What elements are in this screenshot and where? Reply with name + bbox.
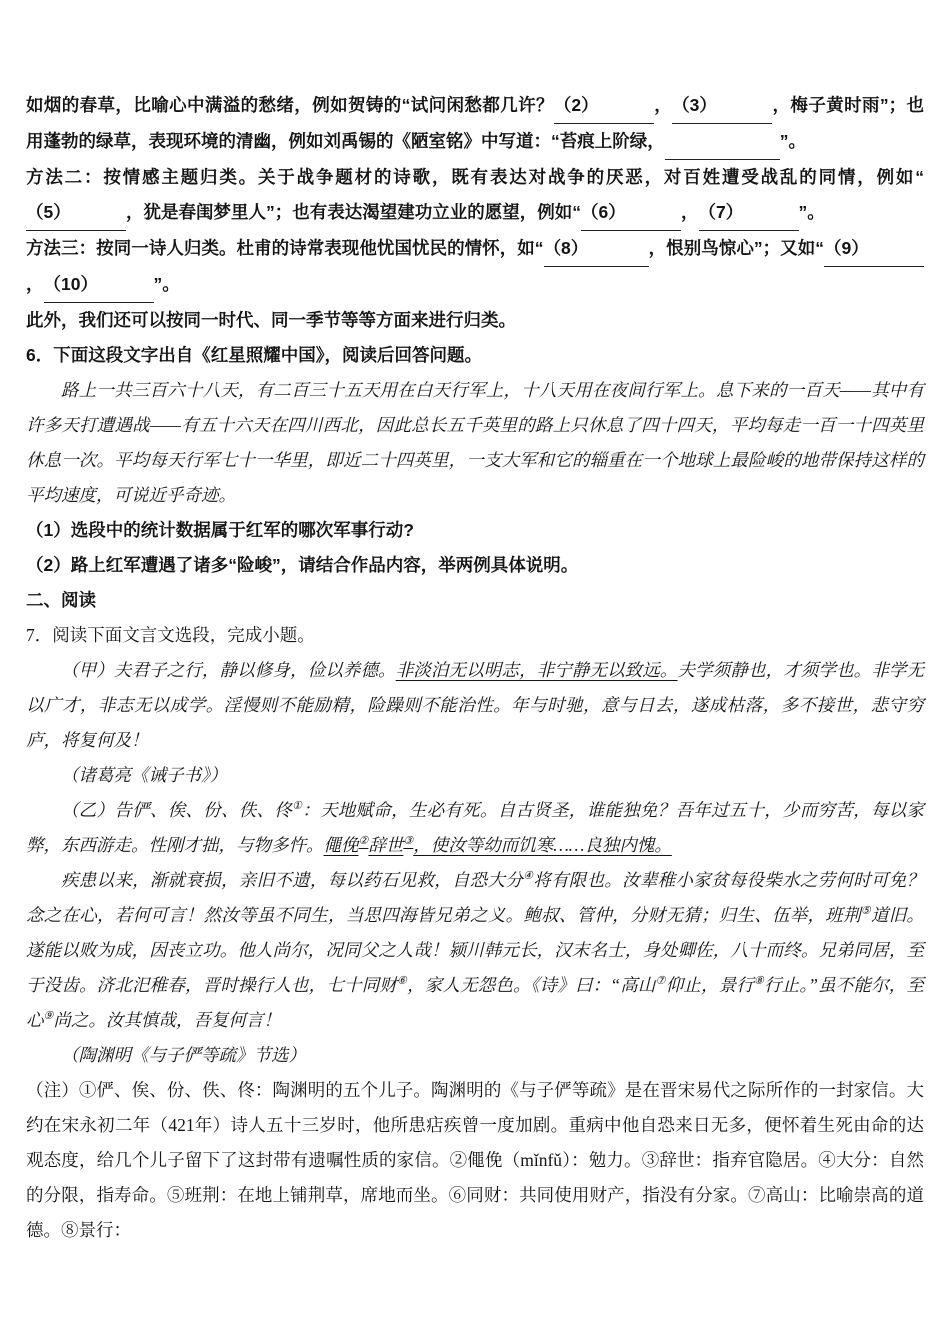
passage-jia: （甲）夫君子之行，静以修身，俭以养德。非淡泊无以明志，非宁静无以致远。夫学须静也… [26,653,924,758]
text-segment: 疾患以来，渐就衰损，亲旧不遗，每以药石见救，自恐大分 [61,870,523,890]
q5-method3-line: 方法三：按同一诗人归类。杜甫的诗常表现他忧国忧民的情怀，如“（8），恨别鸟惊心”… [26,231,924,303]
q7-heading: 7．阅读下面文言文选段，完成小题。 [26,618,924,653]
text-segment: （2）路上红军遭遇了诸多“险峻”，请结合作品内容，举两例具体说明。 [26,555,578,575]
annotations: （注）①俨、俟、份、佚、佟：陶渊明的五个儿子。陶渊明的《与子俨等疏》是在晋宋易代… [26,1073,924,1248]
text-segment: ”。 [154,274,180,294]
footnote-marker: ⑥ [397,975,407,987]
text-segment: ， [681,202,699,222]
footnote-marker: ⑤ [861,905,871,917]
fill-in-blank: （7） [699,195,799,231]
text-segment: ，犹是春闺梦里人”；也有表达渴望建功立业的愿望，例如“ [126,202,581,222]
fill-in-blank: （2） [554,88,654,124]
text-segment: （乙）告俨、俟、份、佚、佟 [61,800,292,820]
text-segment: 如烟的春草，比喻心中满溢的愁绪，例如贺铸的“试问闲愁都几许？ [26,95,554,115]
text-segment: （1）选段中的统计数据属于红军的哪次军事行动? [26,520,414,540]
text-segment: ，使汝等幼而饥寒……良独内愧。 [413,835,672,855]
text-segment: （陶渊明《与子俨等疏》节选） [61,1045,306,1065]
document-page: 如烟的春草，比喻心中满溢的愁绪，例如贺铸的“试问闲愁都几许？（2），（3），梅子… [0,0,950,1344]
passage-yi-para2: 疾患以来，渐就衰损，亲旧不遗，每以药石见救，自恐大分④将有限也。汝辈稚小家贫每役… [26,863,924,1038]
text-segment: 6．下面这段文字出自《红星照耀中国》，阅读后回答问题。 [26,345,482,365]
footnote-marker: ④ [523,870,533,882]
fill-in-blank: （6） [581,195,681,231]
passage-yi-para1: （乙）告俨、俟、份、佚、佟①：天地赋命，生必有死。自古贤圣，谁能独免？吾年过五十… [26,793,924,863]
fill-in-blank [665,124,780,160]
fill-in-blank: （3） [672,88,772,124]
text-segment: ，家人无怨色。《诗》曰：“高山 [407,975,656,995]
text-segment: 非淡泊无以明志，非宁静无以致远。 [396,660,678,680]
text-segment: 7．阅读下面文言文选段，完成小题。 [26,625,315,645]
text-segment: 方法三：按同一诗人归类。杜甫的诗常表现他忧国忧民的情怀，如“ [26,238,544,258]
text-segment: 路上一共三百六十八天，有二百三十五天用在白天行军上，十八天用在夜间行军上。息下来… [26,380,924,505]
q6-sub2: （2）路上红军遭遇了诸多“险峻”，请结合作品内容，举两例具体说明。 [26,548,924,583]
footnote-marker: ② [359,835,369,847]
text-segment: ， [654,95,672,115]
text-segment: ”。 [780,131,806,151]
text-segment: ，恨别鸟惊心”；又如“ [649,238,824,258]
footnote-marker: ⑧ [754,975,764,987]
document-body: 如烟的春草，比喻心中满溢的愁绪，例如贺铸的“试问闲愁都几许？（2），（3），梅子… [26,88,924,1248]
text-segment: 方法二：按情感主题归类。关于战争题材的诗歌，既有表达对战争的厌恶，对百姓遭受战乱… [26,167,924,187]
text-segment: 尚之。汝其慎哉，吾复何言！ [53,1010,281,1030]
q6-sub1: （1）选段中的统计数据属于红军的哪次军事行动? [26,513,924,548]
text-segment: （甲）夫君子之行，静以修身，俭以养德。 [61,660,396,680]
footnote-marker: ③ [403,835,413,847]
q5-method2-line: 方法二：按情感主题归类。关于战争题材的诗歌，既有表达对战争的厌恶，对百姓遭受战乱… [26,160,924,231]
text-segment: 二、阅读 [26,590,96,610]
fill-in-blank: （10） [44,267,154,303]
footnote-marker: ⑨ [44,1010,54,1022]
text-segment: （注）①俨、俟、份、佚、佟：陶渊明的五个儿子。陶渊明的《与子俨等疏》是在晋宋易代… [26,1080,924,1240]
text-segment: （诸葛亮《诫子书》） [61,765,227,785]
text-segment: 僶俛 [324,835,359,855]
footnote-marker: ① [292,800,302,812]
q6-quoted-passage: 路上一共三百六十八天，有二百三十五天用在白天行军上，十八天用在夜间行军上。息下来… [26,373,924,513]
q6-question-heading: 6．下面这段文字出自《红星照耀中国》，阅读后回答问题。 [26,338,924,373]
fill-in-blank: （9） [824,231,924,267]
text-segment: 此外，我们还可以按同一时代、同一季节等等方面来进行归类。 [26,310,516,330]
text-segment: ， [26,274,44,294]
fill-in-blank: （8） [544,231,649,267]
text-segment: 仰止，景行 [666,975,754,995]
fill-in-blank: （5） [26,195,126,231]
passage-jia-attribution: （诸葛亮《诫子书》） [26,758,924,793]
q5-spring-grass-line: 如烟的春草，比喻心中满溢的愁绪，例如贺铸的“试问闲愁都几许？（2），（3），梅子… [26,88,924,160]
footnote-marker: ⑦ [656,975,666,987]
text-segment: 辞世 [368,835,403,855]
text-segment: ”。 [799,202,825,222]
section2-heading: 二、阅读 [26,583,924,618]
q5-closing-line: 此外，我们还可以按同一时代、同一季节等等方面来进行归类。 [26,303,924,338]
passage-yi-attribution: （陶渊明《与子俨等疏》节选） [26,1038,924,1073]
